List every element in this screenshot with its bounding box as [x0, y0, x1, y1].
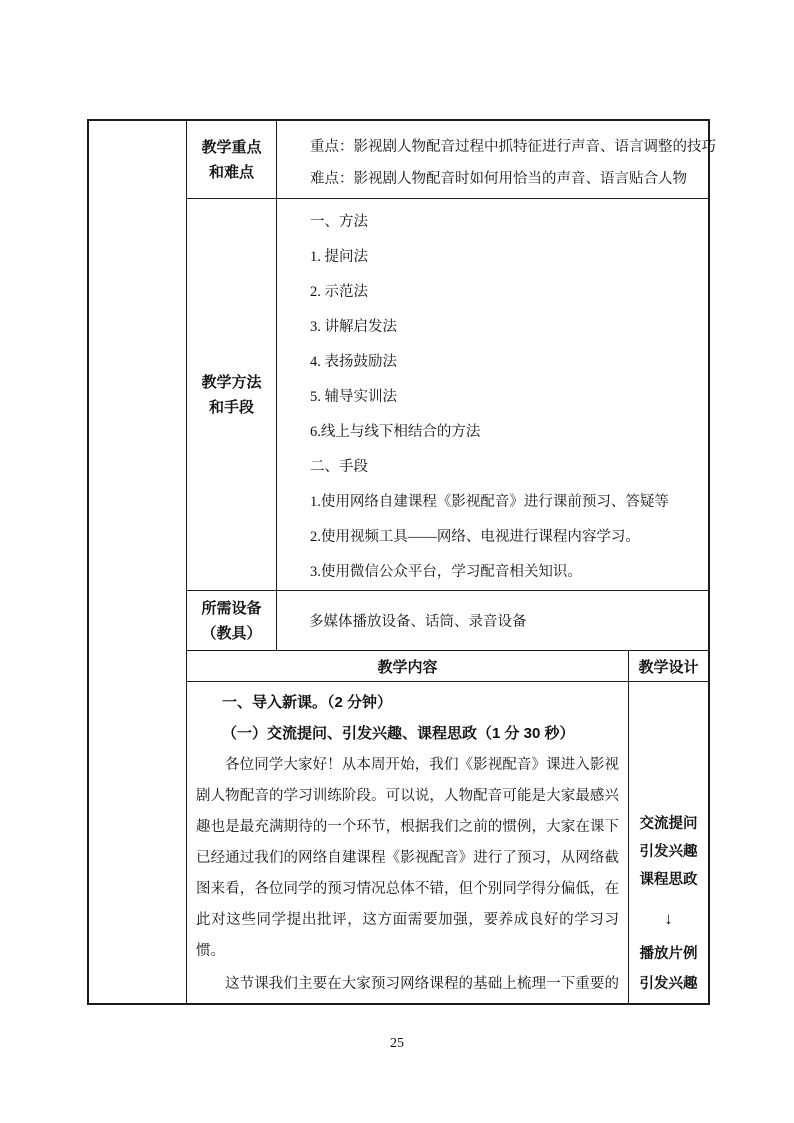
- label-line: 和手段: [209, 395, 254, 420]
- equipment-content: 多媒体播放设备、话筒、录音设备: [277, 591, 708, 650]
- equipment-text: 多媒体播放设备、话筒、录音设备: [309, 610, 527, 631]
- methods-label: 教学方法 和手段: [187, 199, 277, 590]
- method-line: 3. 讲解启发法: [310, 310, 702, 345]
- arrow-down-icon: ↓: [664, 905, 673, 933]
- lesson-body-row: 一、导入新课。（2 分钟） （一）交流提问、引发兴趣、课程思政（1 分 30 秒…: [187, 682, 708, 1003]
- lesson-section-heading: 一、导入新课。（2 分钟）: [196, 688, 619, 718]
- method-line: 一、方法: [310, 205, 702, 240]
- equipment-row: 所需设备 （教具） 多媒体播放设备、话筒、录音设备: [187, 591, 708, 651]
- method-line: 6.线上与线下相结合的方法: [310, 415, 702, 450]
- lesson-content-cell: 一、导入新课。（2 分钟） （一）交流提问、引发兴趣、课程思政（1 分 30 秒…: [187, 682, 628, 1003]
- methods-content: 一、方法 1. 提问法 2. 示范法 3. 讲解启发法 4. 表扬鼓励法 5. …: [277, 199, 708, 590]
- equipment-label: 所需设备 （教具）: [187, 591, 277, 650]
- key-point-line: 重点：影视剧人物配音过程中抓特征进行声音、语言调整的技巧: [310, 131, 702, 163]
- label-line: 和难点: [209, 160, 254, 185]
- lesson-paragraph: 各位同学大家好！从本周开始，我们《影视配音》课进入影视剧人物配音的学习训练阶段。…: [196, 750, 619, 967]
- design-step: 播放片例: [640, 940, 698, 968]
- method-line: 4. 表扬鼓励法: [310, 345, 702, 380]
- table-rows: 教学重点 和难点 重点：影视剧人物配音过程中抓特征进行声音、语言调整的技巧 难点…: [187, 121, 708, 1003]
- label-line: 教学方法: [201, 370, 261, 395]
- method-line: 5. 辅导实训法: [310, 380, 702, 415]
- section-header-row: 教学内容 教学设计: [187, 651, 708, 682]
- outer-margin-cell: [89, 121, 187, 1003]
- methods-row: 教学方法 和手段 一、方法 1. 提问法 2. 示范法 3. 讲解启发法 4. …: [187, 199, 708, 591]
- method-line: 1. 提问法: [310, 240, 702, 275]
- page-number: 25: [0, 1036, 794, 1052]
- design-step: 引发兴趣: [640, 838, 698, 866]
- design-step: 引发兴趣: [640, 970, 698, 998]
- method-line: 二、手段: [310, 450, 702, 485]
- method-line: 2. 示范法: [310, 275, 702, 310]
- lesson-paragraph: 这节课我们主要在大家预习网络课程的基础上梳理一下重要的理论，而且重点进行技巧的辅…: [196, 969, 619, 1003]
- key-points-content: 重点：影视剧人物配音过程中抓特征进行声音、语言调整的技巧 难点：影视剧人物配音时…: [277, 121, 708, 198]
- design-column-header: 教学设计: [628, 651, 708, 681]
- label-line: 所需设备: [201, 596, 261, 621]
- method-line: 3.使用微信公众平台，学习配音相关知识。: [310, 555, 702, 590]
- key-points-label: 教学重点 和难点: [187, 121, 277, 198]
- document-page: 教学重点 和难点 重点：影视剧人物配音过程中抓特征进行声音、语言调整的技巧 难点…: [0, 0, 794, 1123]
- label-line: 教学重点: [201, 135, 261, 160]
- lesson-subsection-heading: （一）交流提问、引发兴趣、课程思政（1 分 30 秒）: [196, 718, 619, 750]
- key-points-row: 教学重点 和难点 重点：影视剧人物配音过程中抓特征进行声音、语言调整的技巧 难点…: [187, 121, 708, 199]
- method-line: 2.使用视频工具——网络、电视进行课程内容学习。: [310, 520, 702, 555]
- method-line: 1.使用网络自建课程《影视配音》进行课前预习、答疑等: [310, 485, 702, 520]
- label-line: （教具）: [201, 621, 261, 646]
- content-column-header: 教学内容: [187, 651, 628, 681]
- lesson-plan-table: 教学重点 和难点 重点：影视剧人物配音过程中抓特征进行声音、语言调整的技巧 难点…: [87, 119, 710, 1005]
- design-step: 交流提问: [640, 810, 698, 838]
- design-step: 课程思政: [640, 866, 698, 894]
- difficulty-point-line: 难点：影视剧人物配音时如何用恰当的声音、语言贴合人物: [310, 163, 702, 195]
- design-steps-cell: 交流提问 引发兴趣 课程思政 ↓ 播放片例 引发兴趣: [628, 682, 708, 1003]
